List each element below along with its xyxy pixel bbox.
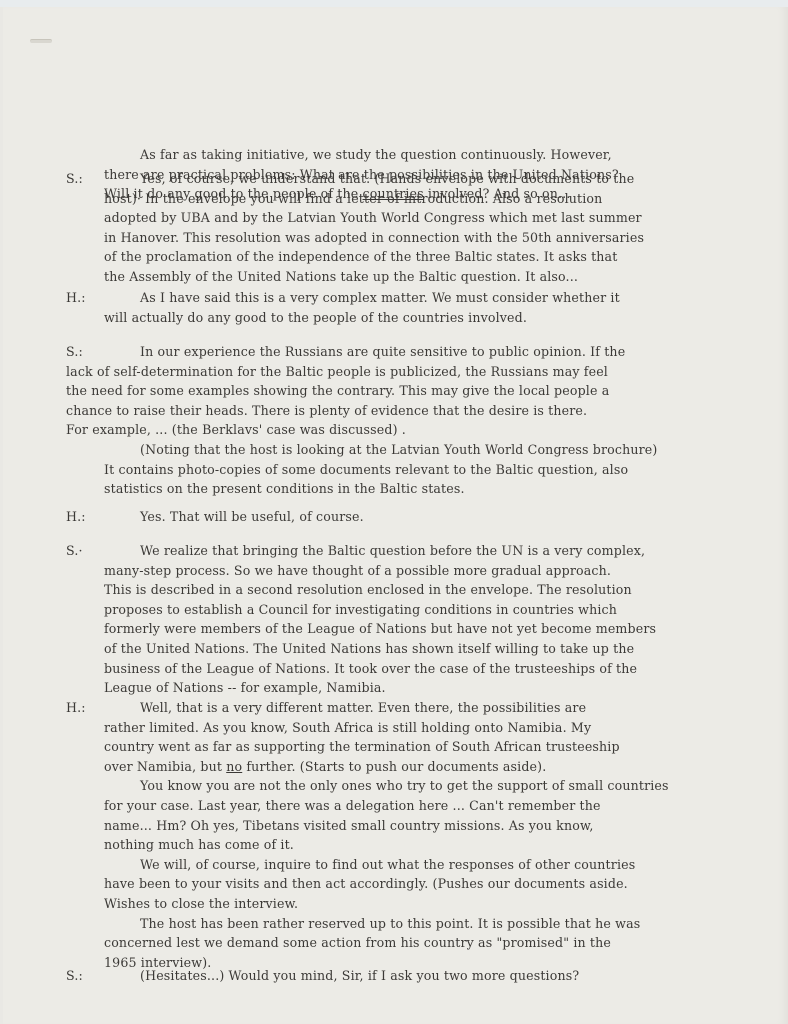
text-line: of the proclamation of the independence …	[104, 247, 784, 267]
text-line: It contains photo-copies of some documen…	[104, 460, 784, 480]
dialogue-text: In our experience the Russians are quite…	[104, 342, 784, 499]
speaker-label: S.:	[66, 169, 100, 189]
dialogue-text: Well, that is a very different matter. E…	[104, 698, 784, 972]
text-line: (Noting that the host is looking at the …	[104, 440, 784, 460]
speaker-label: S.·	[66, 541, 100, 561]
text-line: rather limited. As you know, South Afric…	[104, 718, 784, 738]
text-line: concerned lest we demand some action fro…	[104, 933, 784, 953]
text-line: In our experience the Russians are quite…	[104, 342, 784, 362]
text-line: We realize that bringing the Baltic ques…	[104, 541, 784, 561]
text-line: adopted by UBA and by the Latvian Youth …	[104, 208, 784, 228]
text-line: formerly were members of the League of N…	[104, 619, 784, 639]
text-line: name... Hm? Oh yes, Tibetans visited sma…	[104, 816, 784, 836]
dialogue-text: Yes, of course, we understand that. (Han…	[104, 169, 784, 287]
speaker-label: S.:	[66, 342, 100, 362]
scan-top-edge	[0, 0, 788, 7]
text-line: You know you are not the only ones who t…	[104, 776, 784, 796]
text-line: The host has been rather reserved up to …	[104, 914, 784, 934]
text-line: many-step process. So we have thought of…	[104, 561, 784, 581]
text-line: Wishes to close the interview.	[104, 894, 784, 914]
dialogue-text: As I have said this is a very complex ma…	[104, 288, 784, 327]
dialogue-text: Yes. That will be useful, of course.	[104, 507, 784, 527]
text-line: For example, ... (the Berklavs' case was…	[66, 420, 784, 440]
text-line: nothing much has come of it.	[104, 835, 784, 855]
speaker-label: H.:	[66, 698, 100, 718]
text-line: for your case. Last year, there was a de…	[104, 796, 784, 816]
text-line: Yes, of course, we understand that. (Han…	[104, 169, 784, 189]
text-line: League of Nations -- for example, Namibi…	[104, 678, 784, 698]
text-line: country went as far as supporting the te…	[104, 737, 784, 757]
text-line: the Assembly of the United Nations take …	[104, 267, 784, 287]
dialogue-text: We realize that bringing the Baltic ques…	[104, 541, 784, 698]
text-line: chance to raise their heads. There is pl…	[66, 401, 784, 421]
text-line: proposes to establish a Council for inve…	[104, 600, 784, 620]
speaker-label: S.:	[66, 966, 100, 986]
speaker-label: H.:	[66, 507, 100, 527]
text-line: lack of self-determination for the Balti…	[66, 362, 784, 382]
text-line: in Hanover. This resolution was adopted …	[104, 228, 784, 248]
text-line: the need for some examples showing the c…	[66, 381, 784, 401]
underlined-word: no	[226, 759, 242, 774]
text-line: of the United Nations. The United Nation…	[104, 639, 784, 659]
dialogue-text: (Hesitates...) Would you mind, Sir, if I…	[104, 966, 784, 986]
text-line: This is described in a second resolution…	[104, 580, 784, 600]
text-line: over Namibia, but no further. (Starts to…	[104, 757, 784, 777]
text-line: As I have said this is a very complex ma…	[104, 288, 784, 308]
text-line: statistics on the present conditions in …	[104, 479, 784, 499]
text-line: business of the League of Nations. It to…	[104, 659, 784, 679]
text-line: As far as taking initiative, we study th…	[104, 145, 784, 165]
text-line: have been to your visits and then act ac…	[104, 874, 784, 894]
text-line: host)· In the envelope you will find a l…	[104, 189, 784, 209]
text-line: (Hesitates...) Would you mind, Sir, if I…	[104, 966, 784, 986]
speaker-label: H.:	[66, 288, 100, 308]
text-line: Well, that is a very different matter. E…	[104, 698, 784, 718]
text-line: will actually do any good to the people …	[104, 308, 784, 328]
text-line: Yes. That will be useful, of course.	[104, 507, 784, 527]
text-line: We will, of course, inquire to find out …	[104, 855, 784, 875]
staple-mark	[30, 39, 52, 43]
